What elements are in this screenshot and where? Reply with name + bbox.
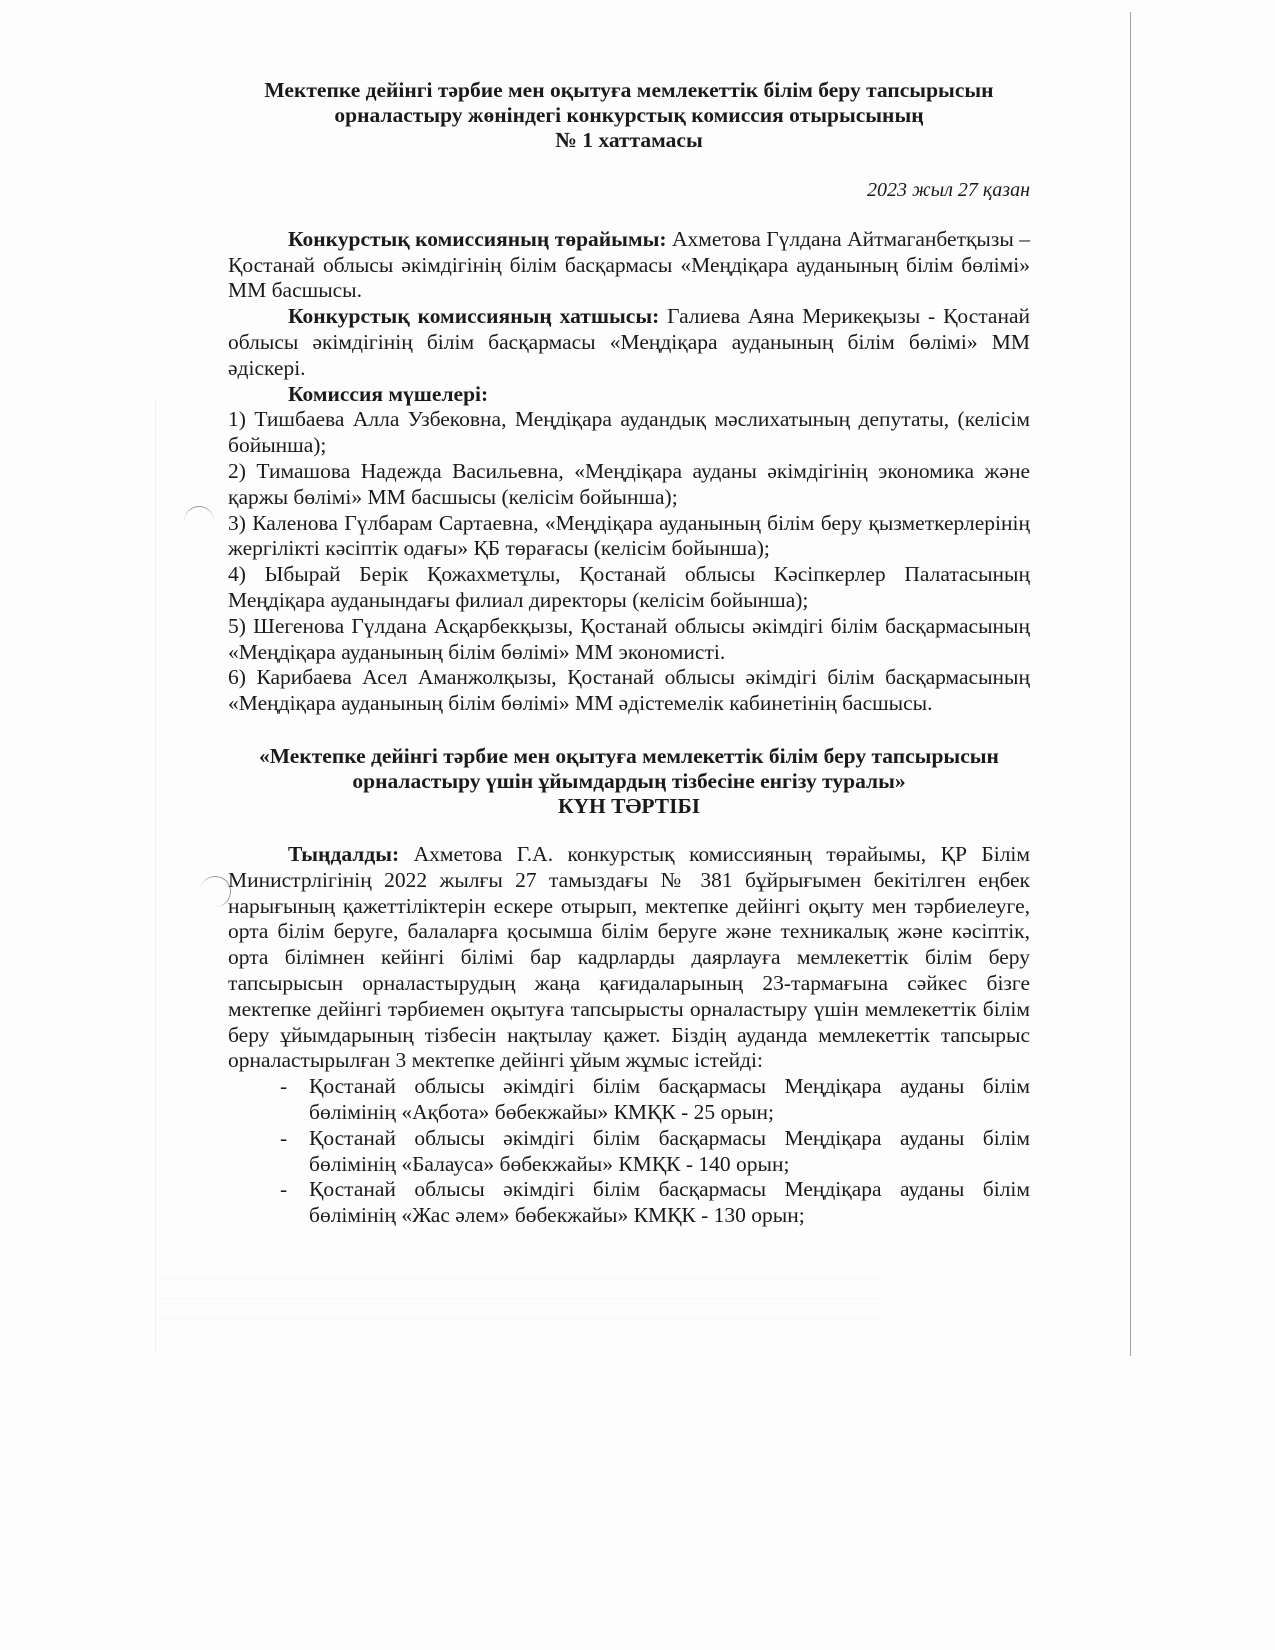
- organization-text: Қостанай облысы әкімдігі білім басқармас…: [309, 1177, 1030, 1227]
- punch-hole-mark: [184, 506, 214, 537]
- title-line: Мектепке дейінгі тәрбие мен оқытуға мемл…: [228, 78, 1030, 103]
- chair-label: Конкурстық комиссияның төрайымы:: [288, 227, 667, 251]
- organization-text: Қостанай облысы әкімдігі білім басқармас…: [309, 1074, 1030, 1124]
- agenda-line: орналастыру үшін ұйымдардың тізбесіне ен…: [228, 769, 1030, 794]
- title-line: № 1 хаттамасы: [228, 128, 1030, 153]
- members-heading: Комиссия мүшелері:: [228, 382, 1030, 408]
- document-body: Мектепке дейінгі тәрбие мен оқытуға мемл…: [228, 78, 1030, 1229]
- heard-paragraph: Тыңдалды: Ахметова Г.А. конкурстық комис…: [228, 842, 1030, 1074]
- agenda-line: КҮН ТӘРТІБІ: [228, 794, 1030, 819]
- heard-text: Ахметова Г.А. конкурстық комиссияның төр…: [228, 842, 1030, 1072]
- document-date: 2023 жыл 27 қазан: [228, 178, 1030, 204]
- member-item: 1) Тишбаева Алла Узбековна, Меңдіқара ау…: [228, 407, 1030, 459]
- secretary-paragraph: Конкурстық комиссияның хатшысы: Галиева …: [228, 304, 1030, 381]
- member-item: 4) Ыбырай Берік Қожахметұлы, Қостанай об…: [228, 562, 1030, 614]
- agenda-heading: «Мектепке дейінгі тәрбие мен оқытуға мем…: [228, 744, 1030, 819]
- dash-bullet-icon: -: [280, 1126, 287, 1152]
- document-title: Мектепке дейінгі тәрбие мен оқытуға мемл…: [228, 78, 1030, 153]
- scanned-page: Мектепке дейінгі тәрбие мен оқытуға мемл…: [0, 0, 1275, 1650]
- secretary-label: Конкурстық комиссияның хатшысы:: [288, 304, 659, 328]
- dash-bullet-icon: -: [280, 1177, 287, 1203]
- member-item: 3) Каленова Гүлбарам Сартаевна, «Меңдіқа…: [228, 511, 1030, 563]
- organization-item: -Қостанай облысы әкімдігі білім басқарма…: [228, 1126, 1030, 1178]
- heard-label: Тыңдалды:: [288, 842, 399, 866]
- member-item: 2) Тимашова Надежда Васильевна, «Меңдіқа…: [228, 459, 1030, 511]
- title-line: орналастыру жөніндегі конкурстық комисси…: [228, 103, 1030, 128]
- organization-text: Қостанай облысы әкімдігі білім басқармас…: [309, 1126, 1030, 1176]
- member-item: 6) Карибаева Асел Аманжолқызы, Қостанай …: [228, 665, 1030, 717]
- member-item: 5) Шегенова Гүлдана Асқарбекқызы, Қостан…: [228, 614, 1030, 666]
- dash-bullet-icon: -: [280, 1074, 287, 1100]
- organization-item: -Қостанай облысы әкімдігі білім басқарма…: [228, 1177, 1030, 1229]
- bleed-through-text: [160, 1270, 880, 1320]
- scan-fold-line: [155, 400, 156, 1350]
- agenda-line: «Мектепке дейінгі тәрбие мен оқытуға мем…: [228, 744, 1030, 769]
- organizations-list: -Қостанай облысы әкімдігі білім басқарма…: [228, 1074, 1030, 1229]
- chair-paragraph: Конкурстық комиссияның төрайымы: Ахметов…: [228, 227, 1030, 304]
- organization-item: -Қостанай облысы әкімдігі білім басқарма…: [228, 1074, 1030, 1126]
- scan-edge-line: [1130, 12, 1131, 1356]
- members-list: 1) Тишбаева Алла Узбековна, Меңдіқара ау…: [228, 407, 1030, 717]
